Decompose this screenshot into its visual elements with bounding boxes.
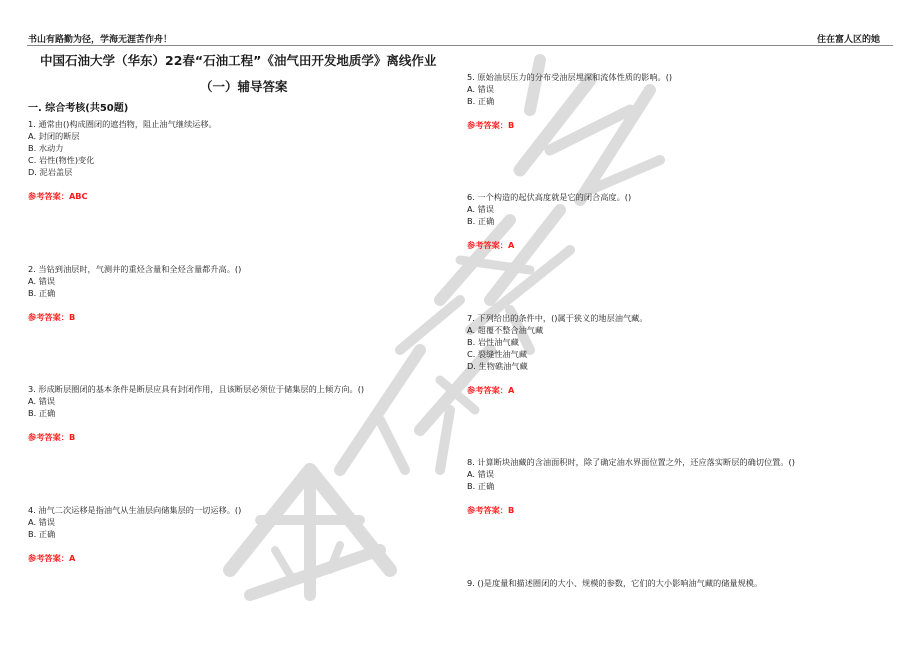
- reference-answer: 参考答案：B: [28, 311, 241, 323]
- question-1: 1. 通常由()构成圈闭的遮挡物，阻止油气继续运移。A. 封闭的断层B. 水动力…: [28, 118, 217, 202]
- question-option: A. 错误: [467, 468, 795, 480]
- reference-answer: 参考答案：A: [28, 552, 241, 564]
- question-option: A. 错误: [467, 203, 631, 215]
- question-4: 4. 油气二次运移是指油气从生油层向储集层的一切运移。()A. 错误B. 正确参…: [28, 504, 241, 564]
- question-option: A. 封闭的断层: [28, 130, 217, 142]
- question-option: A. 错误: [28, 275, 241, 287]
- question-9: 9. ()是度量和描述圈闭的大小、规模的参数，它们的大小影响油气藏的储量规模。: [467, 577, 762, 589]
- header-divider: [27, 45, 893, 46]
- question-stem: 3. 形成断层圈闭的基本条件是断层应具有封闭作用，且该断层必须位于储集层的上倾方…: [28, 383, 364, 395]
- document-title: 中国石油大学（华东）22春“石油工程”《油气田开发地质学》离线作业: [40, 51, 436, 69]
- header-right-motto: 住在富人区的她: [817, 32, 880, 45]
- reference-answer: 参考答案：B: [467, 119, 672, 131]
- reference-answer: 参考答案：B: [28, 431, 364, 443]
- question-option: B. 正确: [467, 215, 631, 227]
- question-option: B. 水动力: [28, 142, 217, 154]
- question-stem: 5. 原始油层压力的分布受油层埋深和流体性质的影响。(): [467, 71, 672, 83]
- reference-answer: 参考答案：ABC: [28, 190, 217, 202]
- reference-answer: 参考答案：A: [467, 384, 648, 396]
- question-option: C. 岩性(物性)变化: [28, 154, 217, 166]
- question-option: B. 正确: [467, 480, 795, 492]
- question-option: A. 超覆不整合油气藏: [467, 324, 648, 336]
- question-option: A. 错误: [28, 395, 364, 407]
- question-option: C. 裂缝性油气藏: [467, 348, 648, 360]
- question-stem: 8. 计算断块油藏的含油面积时，除了确定油水界面位置之外，还应落实断层的确切位置…: [467, 456, 795, 468]
- question-stem: 6. 一个构造的起伏高度就是它的闭合高度。(): [467, 191, 631, 203]
- reference-answer: 参考答案：B: [467, 504, 795, 516]
- question-stem: 4. 油气二次运移是指油气从生油层向储集层的一切运移。(): [28, 504, 241, 516]
- question-stem: 2. 当钻到油层时，气测井的重烃含量和全烃含量都升高。(): [28, 263, 241, 275]
- question-3: 3. 形成断层圈闭的基本条件是断层应具有封闭作用，且该断层必须位于储集层的上倾方…: [28, 383, 364, 443]
- question-option: D. 生物礁油气藏: [467, 360, 648, 372]
- document-page: 书山有路勤为径，学海无涯苦作舟！ 住在富人区的她 中国石油大学（华东）22春“石…: [0, 0, 920, 651]
- question-5: 5. 原始油层压力的分布受油层埋深和流体性质的影响。()A. 错误B. 正确参考…: [467, 71, 672, 131]
- question-option: B. 正确: [28, 287, 241, 299]
- question-option: B. 正确: [28, 528, 241, 540]
- question-8: 8. 计算断块油藏的含油面积时，除了确定油水界面位置之外，还应落实断层的确切位置…: [467, 456, 795, 516]
- reference-answer: 参考答案：A: [467, 239, 631, 251]
- question-option: D. 泥岩盖层: [28, 166, 217, 178]
- question-stem: 7. 下列给出的条件中，()属于狭义的地层油气藏。: [467, 312, 648, 324]
- question-option: B. 正确: [28, 407, 364, 419]
- question-option: B. 岩性油气藏: [467, 336, 648, 348]
- document-subtitle: （一）辅导答案: [200, 77, 288, 95]
- header-left-motto: 书山有路勤为径，学海无涯苦作舟！: [28, 32, 172, 45]
- question-option: A. 错误: [467, 83, 672, 95]
- question-6: 6. 一个构造的起伏高度就是它的闭合高度。()A. 错误B. 正确参考答案：A: [467, 191, 631, 251]
- question-option: B. 正确: [467, 95, 672, 107]
- question-2: 2. 当钻到油层时，气测井的重烃含量和全烃含量都升高。()A. 错误B. 正确参…: [28, 263, 241, 323]
- question-7: 7. 下列给出的条件中，()属于狭义的地层油气藏。A. 超覆不整合油气藏B. 岩…: [467, 312, 648, 396]
- question-stem: 1. 通常由()构成圈闭的遮挡物，阻止油气继续运移。: [28, 118, 217, 130]
- question-option: A. 错误: [28, 516, 241, 528]
- section-heading: 一. 综合考核(共50题): [28, 99, 128, 114]
- question-stem: 9. ()是度量和描述圈闭的大小、规模的参数，它们的大小影响油气藏的储量规模。: [467, 577, 762, 589]
